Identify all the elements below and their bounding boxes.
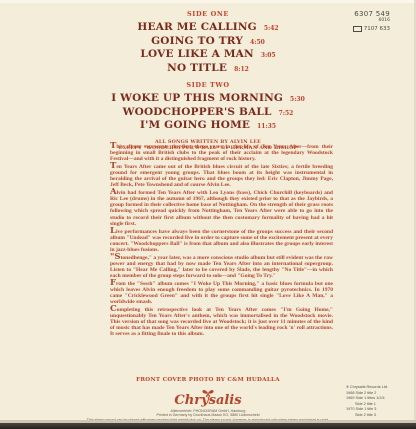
track-time: 3:05: [261, 52, 276, 59]
liner-paragraph: Completing this retrospective look at Te…: [110, 306, 333, 337]
liner-paragraph: Alvin had formed Ten Years After with Le…: [110, 189, 333, 226]
liner-paragraph: Live performances have always been the c…: [110, 228, 333, 253]
track-row: HEAR ME CALLING 5:42: [0, 21, 416, 35]
liner-notes: This album represents the first three ye…: [110, 143, 333, 338]
track-row: WOODCHOPPER'S BALL 7:52: [0, 106, 416, 120]
track-title: NO TITLE: [167, 62, 227, 74]
track-title: I'M GOING HOME: [140, 119, 250, 131]
liner-paragraph: "Stonedhenge," a year later, was a more …: [110, 254, 333, 279]
track-title: HEAR ME CALLING: [137, 21, 256, 33]
liner-paragraph: Ten Years After came out of the British …: [110, 163, 333, 188]
track-time: 5:30: [290, 96, 305, 103]
track-title: LOVE LIKE A MAN: [140, 48, 253, 60]
rights-line: Side 2 title 3: [346, 413, 412, 419]
cover-bottom-edge: [0, 423, 416, 429]
track-row: LOVE LIKE A MAN 3:05: [0, 48, 416, 62]
track-time: 7:52: [279, 110, 294, 117]
rights-block: ℗ Chrysalis Records Ltd. 1968 Side 2 tit…: [346, 385, 412, 419]
track-row: NO TITLE 8:12: [0, 62, 416, 76]
side-one-label: SIDE ONE: [0, 10, 416, 18]
track-title: I WOKE UP THIS MORNING: [111, 92, 283, 104]
liner-paragraph: This album represents the first three ye…: [110, 143, 333, 162]
track-row: I'M GOING HOME 11:35: [0, 119, 416, 133]
photo-credit: FRONT COVER PHOTO BY C&M HUDALLA: [0, 377, 416, 383]
track-row: GOING TO TRY 4:50: [0, 35, 416, 49]
track-time: 5:42: [264, 25, 279, 32]
side-two-label: SIDE TWO: [0, 81, 416, 89]
track-time: 8:12: [234, 66, 249, 73]
cover-top-edge: [0, 0, 416, 3]
track-time: 11:35: [257, 123, 276, 130]
track-row: I WOKE UP THIS MORNING 5:30: [0, 92, 416, 106]
liner-paragraph: From the "Ssssh" album comes "I Woke Up …: [110, 280, 333, 305]
tracklist: SIDE ONE HEAR ME CALLING 5:42 GOING TO T…: [0, 10, 416, 151]
track-title: GOING TO TRY: [151, 35, 243, 47]
